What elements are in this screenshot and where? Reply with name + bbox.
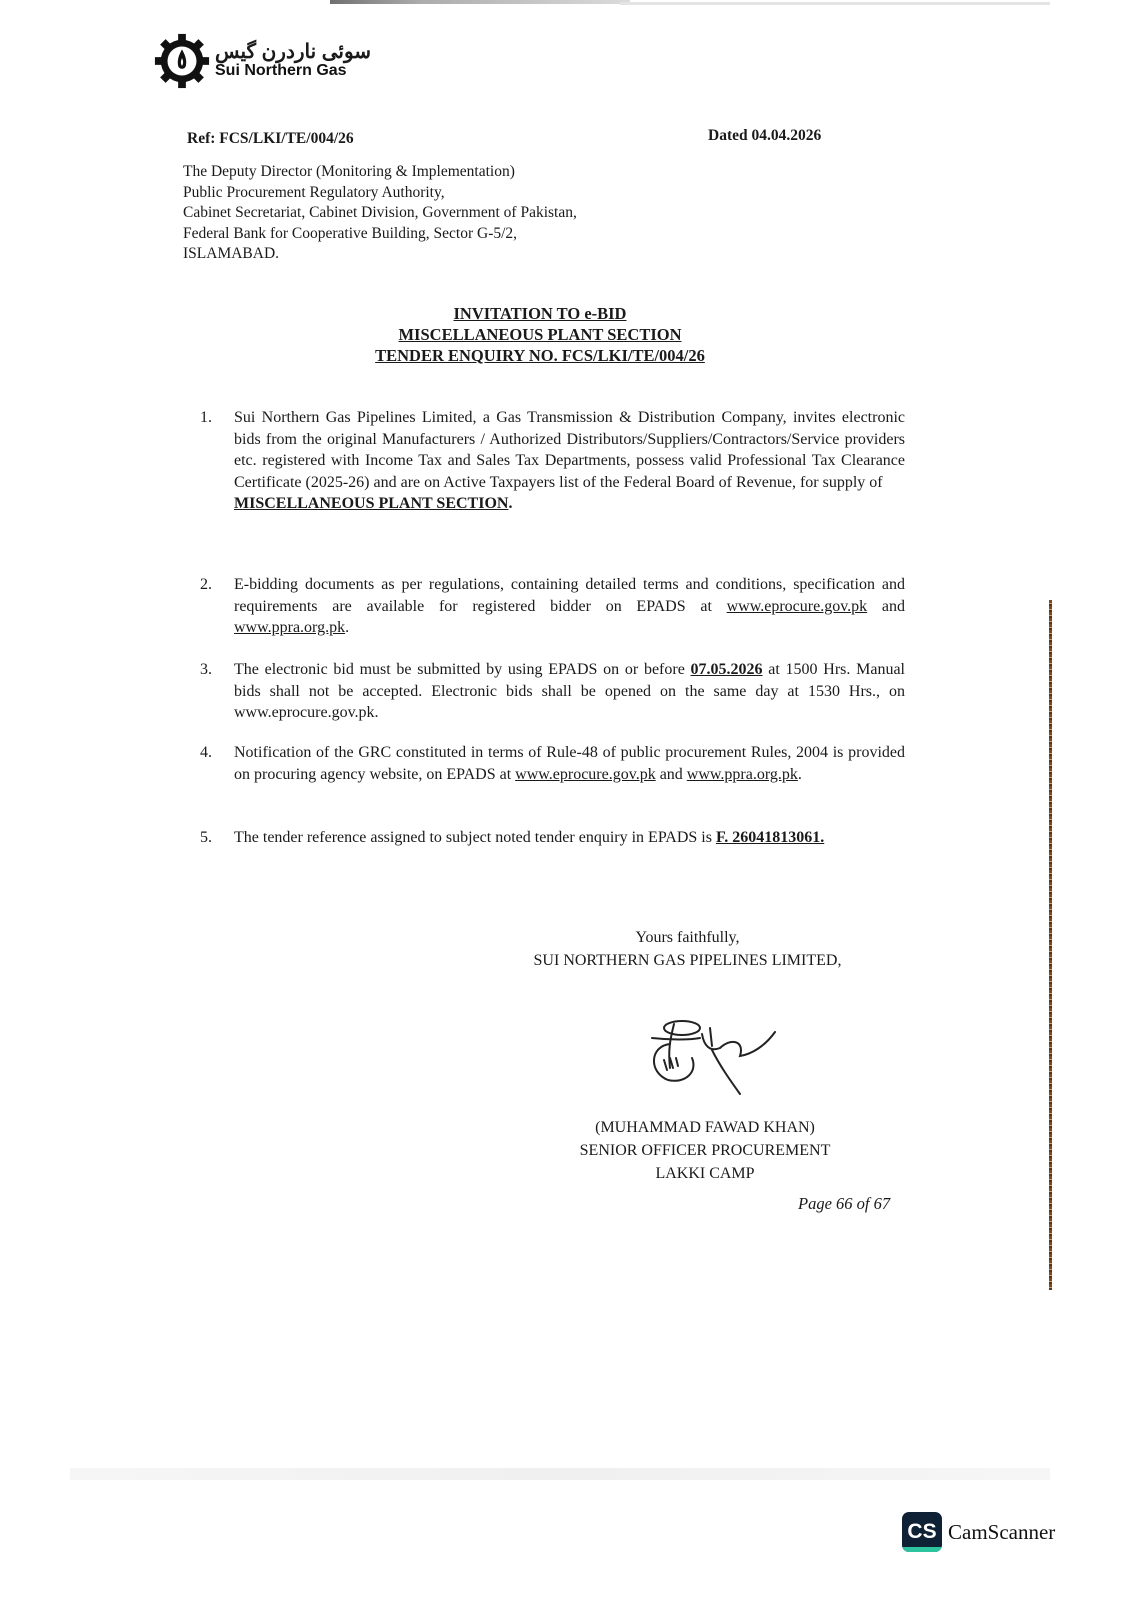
closing-block: Yours faithfully, SUI NORTHERN GAS PIPEL… (450, 926, 925, 972)
camscanner-watermark: CS CamScanner (902, 1512, 1055, 1552)
connector-text: and (867, 598, 905, 615)
signer-designation: SENIOR OFFICER PROCUREMENT (540, 1139, 870, 1162)
address-line: Cabinet Secretariat, Cabinet Division, G… (183, 203, 577, 224)
scan-edge-artifact (70, 1468, 1050, 1480)
punctuation: . (508, 495, 512, 512)
address-line: The Deputy Director (Monitoring & Implem… (183, 162, 577, 183)
gear-flame-icon (153, 32, 211, 90)
paragraph-number: 2. (200, 574, 228, 596)
title-line: INVITATION TO e-BID (454, 304, 627, 323)
signer-location: LAKKI CAMP (540, 1162, 870, 1185)
paragraph-number: 3. (200, 659, 228, 681)
paragraph-5: 5. The tender reference assigned to subj… (200, 827, 905, 849)
scan-edge-artifact (330, 0, 630, 4)
connector-text: and (656, 766, 687, 783)
company-logo: سوئی ناردرن گیس Sui Northern Gas (153, 32, 371, 90)
subject-heading: INVITATION TO e-BID MISCELLANEOUS PLANT … (340, 303, 740, 366)
recipient-address: The Deputy Director (Monitoring & Implem… (183, 162, 577, 265)
paragraph-text: The electronic bid must be submitted by … (234, 661, 691, 678)
page-number: Page 66 of 67 (798, 1194, 890, 1214)
signature-image (640, 1010, 800, 1100)
signer-block: (MUHAMMAD FAWAD KHAN) SENIOR OFFICER PRO… (540, 1116, 870, 1185)
scan-page-edge (1049, 600, 1052, 1290)
address-line: Federal Bank for Cooperative Building, S… (183, 224, 577, 245)
paragraph-2: 2. E-bidding documents as per regulation… (200, 574, 905, 639)
document-date: Dated 04.04.2026 (708, 127, 821, 145)
paragraph-number: 1. (200, 407, 228, 429)
punctuation: . (345, 619, 349, 636)
paragraph-text: Sui Northern Gas Pipelines Limited, a Ga… (234, 409, 905, 491)
punctuation: . (798, 766, 802, 783)
tender-reference: F. 26041813061. (716, 829, 824, 846)
address-line: Public Procurement Regulatory Authority, (183, 183, 577, 204)
paragraph-3: 3. The electronic bid must be submitted … (200, 659, 905, 724)
logo-urdu-text: سوئی ناردرن گیس (215, 42, 371, 62)
logo-english-text: Sui Northern Gas (215, 62, 371, 80)
salutation: Yours faithfully, (450, 926, 925, 949)
camscanner-logo-icon: CS (902, 1512, 942, 1552)
paragraph-number: 5. (200, 827, 228, 849)
camscanner-text: CamScanner (948, 1520, 1055, 1545)
title-line: TENDER ENQUIRY NO. FCS/LKI/TE/004/26 (375, 346, 705, 365)
paragraph-4: 4. Notification of the GRC constituted i… (200, 742, 905, 785)
company-name: SUI NORTHERN GAS PIPELINES LIMITED, (450, 949, 925, 972)
paragraph-text: The tender reference assigned to subject… (234, 829, 716, 846)
reference-number: Ref: FCS/LKI/TE/004/26 (187, 130, 354, 148)
deadline-date: 07.05.2026 (691, 661, 763, 678)
title-line: MISCELLANEOUS PLANT SECTION (398, 325, 681, 344)
ppra-link[interactable]: www.ppra.org.pk (234, 619, 345, 636)
eprocure-link[interactable]: www.eprocure.gov.pk (515, 766, 656, 783)
signer-name: (MUHAMMAD FAWAD KHAN) (540, 1116, 870, 1139)
paragraph-1: 1. Sui Northern Gas Pipelines Limited, a… (200, 407, 905, 515)
eprocure-link[interactable]: www.eprocure.gov.pk (727, 598, 868, 615)
ppra-link[interactable]: www.ppra.org.pk (687, 766, 798, 783)
paragraph-number: 4. (200, 742, 228, 764)
scan-edge-artifact (620, 2, 1050, 5)
address-line: ISLAMABAD. (183, 244, 577, 265)
emphasis-text: MISCELLANEOUS PLANT SECTION (234, 495, 508, 512)
